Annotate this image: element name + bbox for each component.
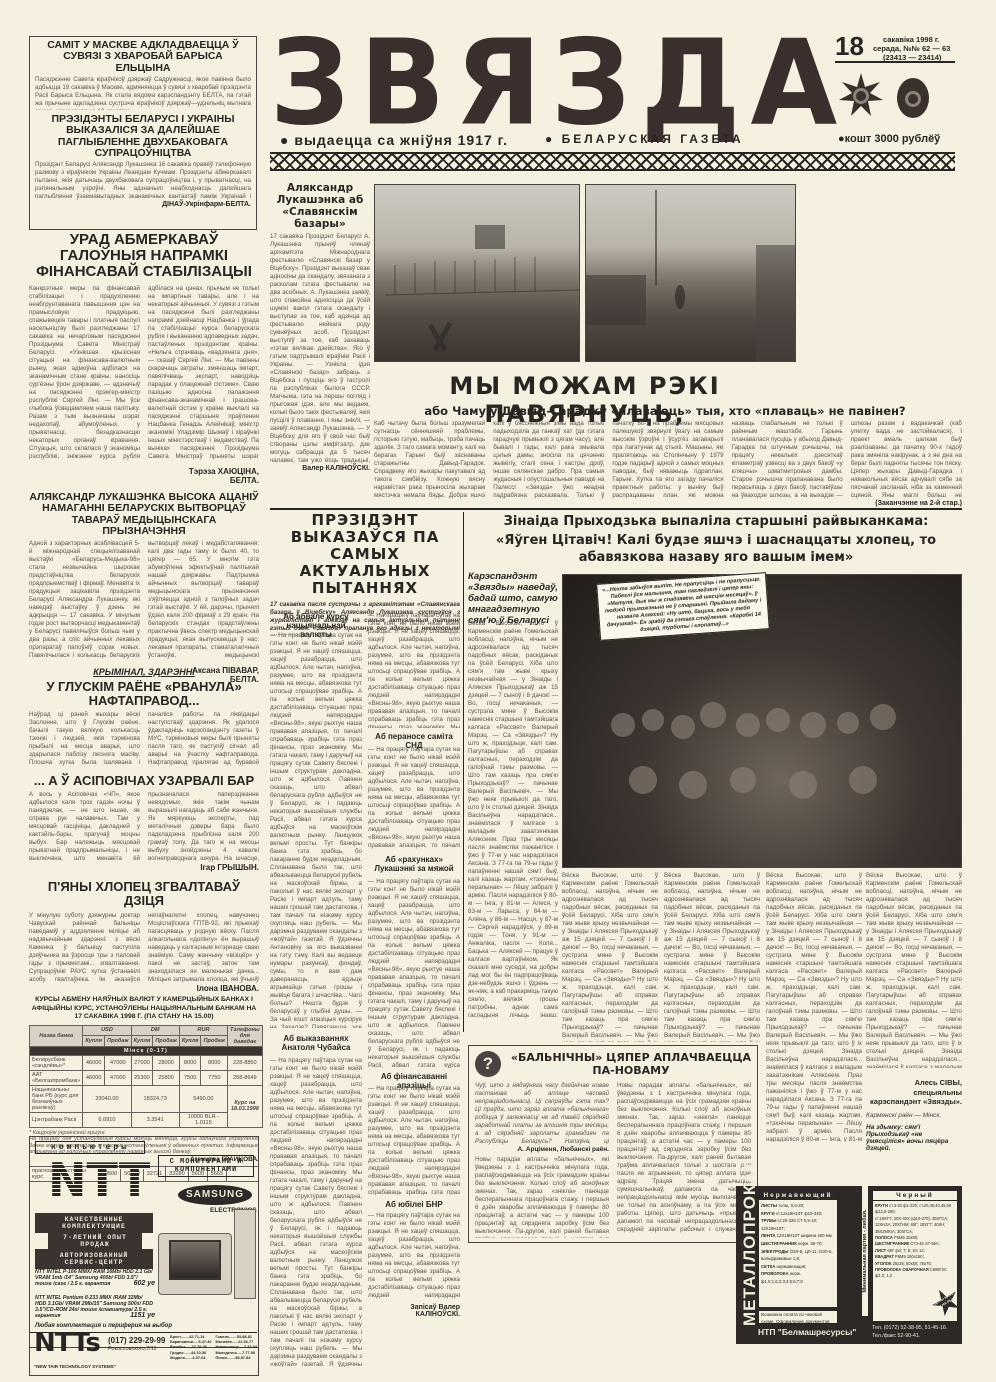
article-body-president-col2c: — На працягу паўтара сутак на гэты конт … — [368, 878, 460, 1068]
article-sign-government: Тэрэза ХАЮЦІНА, БЕЛТА. — [179, 467, 259, 485]
sick-asker: А. Арціменя, Любанскі раён. — [475, 1146, 609, 1153]
list-item: ШЕСТИГРАННИК нерж. 55-70; — [761, 1240, 835, 1248]
table-row: Цэнтрабанк Расіі6.09103.354110000 BLR - … — [30, 1112, 263, 1127]
ad-metal-right-title: Черный — [873, 1191, 957, 1201]
family-body-col2: Вёска Высокае, што ў Карменскім раёне Го… — [562, 872, 658, 1042]
ad-ntt-logo: NTT — [48, 1153, 150, 1207]
monitor-image — [158, 1233, 232, 1295]
article-body-president-col2b: — На працягу паўтара сутак на гэты конт … — [368, 746, 460, 850]
list-item: ЭЛЕКТРОДЫ ОЗЛ-8, ЦЛ-11; ОЗЛ-6, вольфрамо… — [761, 1248, 835, 1263]
masthead-since: ● выдаецца са жніўня 1917 г. — [280, 132, 508, 148]
article-body-president-col2e: — На працягу паўтара сутак на гэты конт … — [368, 1212, 460, 1300]
family-quote-callout: «...Нехта забыўся выпіт. Не прапусціць і… — [596, 572, 770, 641]
ntt-address: Рокоссовского,7/11 — [108, 1346, 157, 1352]
article-bar: ... А Ў АСІПОВІЧАХ УЗАРВАЛІ БАР А вось у… — [29, 774, 259, 878]
ad-metal-right-list: КРУГИ ст.3-20 ф1-220; ст.20,35,40,45,50 … — [873, 1201, 957, 1282]
ad-metal-payment-note: Возможна оплата по чековой схеме. Оформл… — [758, 1310, 838, 1324]
column-divider — [463, 512, 464, 1032]
article-body-president-col1b: — На працягу паўтара сутак на гэты конт … — [270, 1057, 362, 1367]
th-usd: USD — [83, 1025, 131, 1036]
pc-tower-image — [234, 1209, 256, 1299]
article-title-summit: САМІТ У МАСКВЕ АДКЛАДВАЕЦЦА Ў СУВЯЗІ З Х… — [35, 40, 251, 74]
samsung-logo: SAMSUNG — [178, 1185, 252, 1205]
rubric-crime: КРЫМІНАЛ, ЗДАРЭННІ — [29, 667, 259, 677]
sick-answer-col2: Новы парадак аплаты «бальнічных», які ўв… — [617, 1082, 751, 1234]
family-sign-role: спецыяльны карэспандэнт «Звязды». — [866, 1088, 962, 1106]
masthead-subtitle: ● БЕЛАРУСКАЯ ГАЗЕТА — [545, 132, 744, 146]
th-buy: Купля — [83, 1036, 105, 1047]
article-title-slav: Аляксандр Лукашэнка аб «Славянскім базар… — [270, 182, 370, 230]
table-row: Беларусбанк «гандлёвы»*46000470002700028… — [30, 1055, 263, 1070]
ad-metal-fax: Тел./факс 52-90-41. — [872, 1333, 920, 1339]
family-photo-caption: На здымку: сям'і Прыходзькаў «не ўмясціл… — [866, 1124, 962, 1152]
flood-article-body: Каб чытачу была больш зразумелай сутнасц… — [374, 420, 962, 500]
news-brief-box: САМІТ У МАСКВЕ АДКЛАДВАЕЦЦА Ў СУВЯЗІ З Х… — [29, 36, 257, 230]
family-body-col4: Вёска Высокае, што ў Карменскім раёне Го… — [766, 872, 862, 1142]
flood-continued: (Заканчэнне на 2-й стар.) — [830, 500, 962, 507]
article-body-president-col2d: — На працягу паўтара сутак на гэты конт … — [368, 1085, 460, 1195]
th-buy: Купля — [131, 1036, 153, 1047]
article-body-summit: Пасяджэнне Савета кіраўнікоў дзяржаў Сад… — [35, 76, 251, 110]
branch: Новополоцк.....7-34-94 — [216, 1345, 259, 1350]
issue-date-line2: серада, №№ 62 — 63 — [873, 44, 950, 53]
ad-btn-quality: КАЧЕСТВЕННЫЕ КОМПЛЕКТУЮЩИЕ — [35, 1213, 153, 1233]
list-item: ЛИСТЫ толщ. 0,6-20; — [761, 1202, 835, 1210]
ad-metal-phones: Тел. (0172) 52-38-85, 51-45-16. — [872, 1325, 947, 1331]
family-sign-author: Алесь СІВЫ, — [866, 1078, 962, 1087]
article-body-slav: 17 сакавіка Прэзідэнт Беларусі А. Лукашэ… — [270, 233, 370, 465]
article-body-oil: Наўрад ці раней жыхары вёскі Заслонне, ш… — [29, 711, 259, 769]
article-body-president-col1: — На працягу паўтара сутак на гэты конт … — [270, 632, 362, 1028]
ad-ntt-callout: с мониторами и компонентами — [158, 1155, 254, 1177]
th-buy: Купля — [179, 1036, 201, 1047]
th-sell: Продаж — [153, 1036, 180, 1047]
article-body-crime-child: У мінулую суботу дзяжурны доктар Чавуска… — [29, 912, 259, 984]
family-headline-1: Зінаіда Прыходзька выпаліла старшыні рай… — [470, 514, 962, 529]
th-bank: Назва банка — [30, 1025, 83, 1046]
list-item: ст.18ХГТ; 20Х-40Х (ф10-270); 35ХГСА; 12Х… — [875, 1216, 955, 1235]
list-item: ЛЕНТА 12Х18Н10Т ширина 400 мм — [761, 1232, 835, 1240]
sick-answer-col1: Новы парадак аплаты «бальнічных», які ўв… — [475, 1156, 609, 1238]
list-item: КРУГИ ст.3-20 ф1-220; ст.20,35,40,45,50 … — [875, 1203, 955, 1216]
subhead-chubais: Аб выказваннях Анатоля Чубайса — [270, 1034, 362, 1052]
ad-metal-vertical-title: МЕТАЛЛОПРОКАТ — [740, 1186, 760, 1326]
ad-metal-left-title: Нержавеющий — [759, 1191, 837, 1200]
ad-metal-left-list: ЛИСТЫ толщ. 0,6-20; КРУГИ ст.12х18Н10Т ф… — [759, 1200, 837, 1288]
issue-day: 18 — [835, 31, 864, 62]
article-president: ПРЭЗІДЭНТ ВЫКАЗАЎСЯ ПА САМЫХ АКТУАЛЬНЫХ … — [270, 512, 460, 1378]
slav-continued-block — [270, 470, 370, 506]
family-headline-2: «Яўген Цітавіч! Калі будзе яшчэ і шаснац… — [470, 532, 962, 566]
article-sign-bar: Ігар ГРЫШЫН. — [29, 863, 259, 872]
rates-table: Назва банка USD DM RUR Тэлефоны для даве… — [29, 1025, 263, 1128]
issue-date-block: 18 сакавіка 1998 г. серада, №№ 62 — 63 (… — [835, 35, 955, 63]
side-text-right-top — [800, 184, 962, 362]
article-sign-president: Запісаў Валер КАЛІНОЎСКІ. — [390, 1304, 460, 1318]
ntts-logo: NTTs — [34, 1328, 100, 1358]
article-slav-bazaar: Аляксандр Лукашэнка аб «Славянскім базар… — [270, 182, 370, 470]
article-title-medical: АЛЯКСАНДР ЛУКАШЭНКА ВЫСОКА АЦАНІЎ НАМАГА… — [29, 492, 259, 537]
th-phones: Тэлефоны для даведак — [228, 1025, 263, 1046]
branch: Пинск........98-87-84 — [216, 1356, 259, 1361]
article-title-government: УРАД АБМЕРКАВАЎ ГАЛОЎНЫЯ НАПРАМКІ ФІНАНС… — [29, 232, 259, 281]
family-body-col1: Вёска Высокае, што ў Карменскім раёне Го… — [468, 620, 558, 1020]
price2: 1151 уе — [130, 1313, 155, 1319]
question-icon: ? — [475, 1051, 501, 1077]
subhead-bnr: Аб юбілеі БНР — [368, 1200, 460, 1209]
rates-title: КУРСЫ АБМЕНУ НАЯЎНЫХ ВАЛЮТ У КАМЕРЦЫЙНЫХ… — [29, 996, 259, 1022]
ad-metal-left-panel: Нержавеющий ЛИСТЫ толщ. 0,6-20; КРУГИ ст… — [758, 1190, 838, 1308]
table-row: Нацыянальны банк РБ (курс для безнаяўных… — [30, 1085, 263, 1112]
ntt-phone: (017) 229-29-99 — [108, 1336, 165, 1345]
th-sell: Продаж — [105, 1036, 132, 1047]
article-body-government: Канкрэтныя меры па фінансавай стабілізац… — [29, 285, 259, 467]
price1: 602 уе — [134, 1281, 155, 1287]
article-title-bar: ... А Ў АСІПОВІЧАХ УЗАРВАЛІ БАР — [29, 774, 259, 788]
article-medical: АЛЯКСАНДР ЛУКАШЭНКА ВЫСОКА АЦАНІЎ НАМАГА… — [29, 492, 259, 664]
masthead-ornament-divider — [270, 152, 955, 171]
ad-metal-company: НТП "Белмашресурсы" — [758, 1327, 856, 1337]
family-lead: Карэспандэнт «Звязды» наведаў, бадай што… — [468, 571, 558, 626]
ad-btn-service: АВТОРИЗОВАННЫЙ СЕРВИС-ЦЕНТР — [35, 1249, 153, 1269]
article-title-sick-leave: «БАЛЬНІЧНЫ» ЦЯПЕР АПЛАЧВАЕЦЦА ПА-НОВАМУ — [509, 1051, 753, 1077]
issue-date-line1: сакавіка 1998 г. — [883, 35, 939, 44]
flood-scene-2 — [586, 185, 795, 361]
article-title-president: ПРЭЗІДЭНТ ВЫКАЗАЎСЯ ПА САМЫХ АКТУАЛЬНЫХ … — [270, 512, 460, 597]
list-item: СЕТКА нержавеющая; — [761, 1263, 835, 1271]
monitor-screen — [169, 1240, 221, 1280]
article-sick-leave: ? «БАЛЬНІЧНЫ» ЦЯПЕР АПЛАЧВАЕЦЦА ПА-НОВАМ… — [468, 1045, 758, 1243]
ad-metal-mid-note: Минимальная партия - любая. — [862, 1186, 868, 1316]
list-item: ПРОВОЛОКА нерж. ф1,5;1,6;2;3;4;5;6;7;8 — [761, 1270, 835, 1285]
article-crime-child: П'ЯНЫ ХЛОПЕЦ ЗГВАЛТАВАЎ ДЗІЦЯ У мінулую … — [29, 880, 259, 990]
rates-band-city: Мінск (0-17) — [30, 1046, 263, 1055]
branch: Жодино.......4-07-04 — [170, 1356, 213, 1361]
flood-photo-man — [585, 184, 796, 362]
article-oil: У ГЛУСКІМ РАЁНЕ «РВАНУЛА» НАФТАПРАВОД...… — [29, 680, 259, 770]
article-sign-presidents: ДІНАЎ-Укрінфарм-БЕЛТА. — [35, 201, 251, 208]
article-title-crime-child: П'ЯНЫ ХЛОПЕЦ ЗГВАЛТАВАЎ ДЗІЦЯ — [29, 880, 259, 908]
official-rate-note: Курс на 18.03.1998 — [228, 1085, 263, 1127]
ad-metal-rolling: МЕТАЛЛОПРОКАТ Нержавеющий ЛИСТЫ толщ. 0,… — [736, 1186, 962, 1344]
masthead-price: ●кошт 3000 рублёў — [838, 133, 940, 145]
list-item: КРУГИ ст.12х18Н10Т ф10-340; — [761, 1210, 835, 1218]
ad-spec2: NTT INTEL Pentium II-233 MMX /RAM 32Mb/ … — [35, 1295, 155, 1319]
ntt-branches: Брест........42-71-14 Барановичи.....5-4… — [170, 1335, 258, 1361]
article-body-presidents: Прэзідэнт Беларусі Аляксандр Лукашэнка 1… — [35, 161, 251, 201]
ad-btn-experience: 7-ЛЕТНИЙ ОПЫТ ПРОДАЖ — [48, 1231, 142, 1251]
family-body-col5: Вёска Высокае, што ў Карменскім раёне Го… — [866, 872, 962, 1068]
article-title-oil: У ГЛУСКІМ РАЁНЕ «РВАНУЛА» НАФТАПРАВОД... — [29, 680, 259, 708]
ad-ntt-computers: компьютеры NTT с мониторами и компонента… — [29, 1136, 259, 1348]
flood-bottom-rule — [270, 508, 962, 510]
article-government: УРАД АБМЕРКАВАЎ ГАЛОЎНЫЯ НАПРАМКІ ФІНАНС… — [29, 232, 259, 490]
article-sign-crime-child: Ілона ІВАНОВА. — [29, 984, 259, 993]
article-body-president-col2: — На працягу паўтара сутак на гэты конт … — [368, 612, 460, 728]
ad-spec1: NTT INTEL P-166 MMX/ RAM 16Mb/ HDD 2.1 G… — [35, 1269, 155, 1287]
th-sell: Продаж — [201, 1036, 228, 1047]
order-patriotic-war-icon — [838, 72, 884, 118]
list-item: ТРУБЫ ст.20-325 СТ 0,5-10; 12Х18Н10Т; — [761, 1217, 835, 1232]
issue-date-line3: (23413 — 23414) — [883, 53, 941, 62]
flood-subhead: або Чаму ў Давыд-Гарадку «плаваюць» тыя,… — [365, 404, 965, 418]
family-place: Карменскі раён — Мінск. — [866, 1112, 962, 1119]
th-dm: DM — [131, 1025, 179, 1036]
flood-photo-fence — [374, 184, 580, 362]
ntts-sub: "NEW TAIR TECHNOLOGY SYSTEMS" — [34, 1364, 116, 1369]
family-body-col3: Вёска Высокае, што ў Карменскім раёне Го… — [664, 872, 760, 1042]
list-item: ПРОВОЛОКА СВАРОЧНАЯ Св08Г2С ф1,0; 1,2 — [875, 1267, 955, 1280]
article-body-bar: А вось у Асіповічах «ЧП», якое адбылося … — [29, 791, 259, 863]
branch: Витебск......27-76-06 — [170, 1345, 213, 1350]
table-row: ААТ «Белгазпромбанк»46000470002530025800… — [30, 1070, 263, 1085]
order-red-banner-icon — [895, 74, 931, 120]
ad-ntts-footer: NTTs "NEW TAIR TECHNOLOGY SYSTEMS" (017)… — [29, 1334, 259, 1376]
article-body-medical: Адной з характэрных асаблівасцей 5-й між… — [29, 540, 259, 666]
subhead-accounts: Аб «рахунках» Лукашэнкі за мяжой — [368, 855, 460, 873]
article-title-presidents: ПРЭЗІДЭНТЫ БЕЛАРУСІ І УКРАІНЫ ВЫКАЗАЛІСЯ… — [35, 114, 251, 159]
th-rur: RUR — [179, 1025, 227, 1036]
flood-scene-1 — [375, 185, 579, 361]
sick-question: Чуў, што з нядаўняга часу дзейнічае нова… — [475, 1082, 609, 1146]
